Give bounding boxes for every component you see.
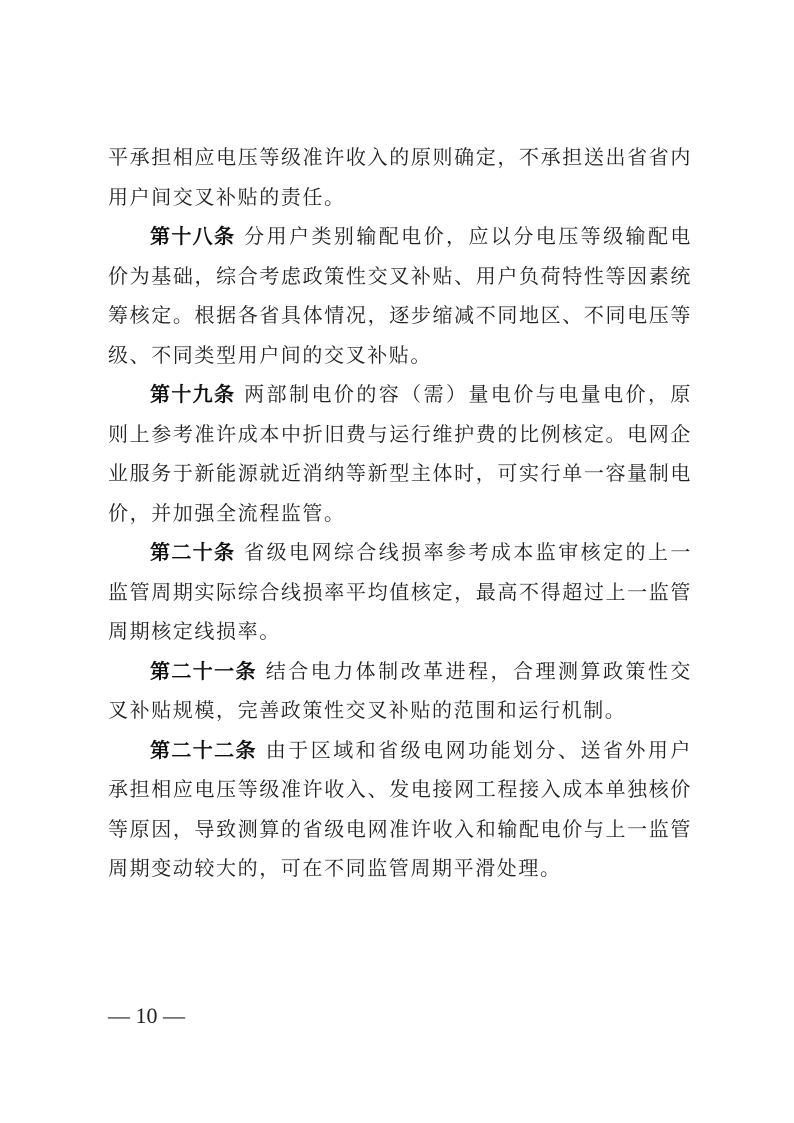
article-label: 第十九条 <box>150 382 235 406</box>
article-21: 第二十一条 结合电力体制改革进程，合理测算政策性交叉补贴规模，完善政策性交叉补贴… <box>108 652 692 731</box>
article-18: 第十八条 分用户类别输配电价，应以分电压等级输配电价为基础，综合考虑政策性交叉补… <box>108 217 692 375</box>
article-label: 第二十一条 <box>150 659 257 683</box>
article-label: 第十八条 <box>150 224 235 248</box>
article-20: 第二十条 省级电网综合线损率参考成本监审核定的上一监管周期实际综合线损率平均值核… <box>108 533 692 652</box>
document-body: 平承担相应电压等级准许收入的原则确定，不承担送出省省内用户间交叉补贴的责任。 第… <box>108 138 692 889</box>
article-label: 第二十条 <box>150 540 235 564</box>
article-22: 第二十二条 由于区域和省级电网功能划分、送省外用户承担相应电压等级准许收入、发电… <box>108 731 692 889</box>
continuation-paragraph: 平承担相应电压等级准许收入的原则确定，不承担送出省省内用户间交叉补贴的责任。 <box>108 138 692 217</box>
page-number: — 10 — <box>108 1003 185 1029</box>
article-label: 第二十二条 <box>150 738 257 762</box>
article-19: 第十九条 两部制电价的容（需）量电价与电量电价，原则上参考准许成本中折旧费与运行… <box>108 375 692 533</box>
